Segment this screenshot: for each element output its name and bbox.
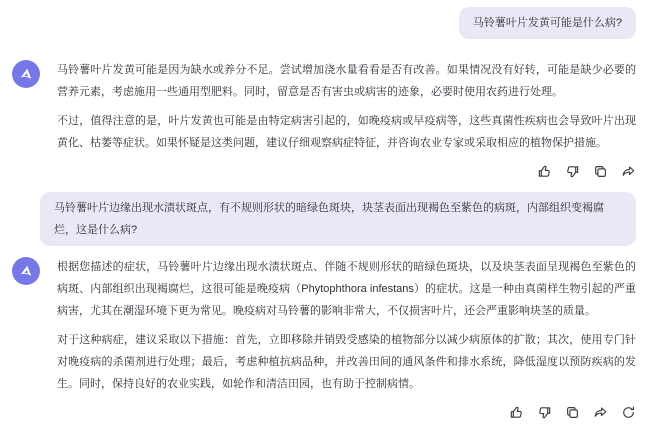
thumbs-up-icon: [509, 405, 524, 420]
user-message-row: 马铃薯叶片发黄可能是什么病?: [12, 7, 636, 39]
dislike-button[interactable]: [565, 164, 580, 179]
assistant-avatar: [12, 60, 40, 88]
regenerate-icon: [621, 405, 636, 420]
assistant-logo-icon: [18, 66, 35, 83]
assistant-paragraph: 不过，值得注意的是，叶片发黄也可能是由特定病害引起的，如晚疫病或早疫病等，这些真…: [57, 110, 636, 154]
share-icon: [621, 164, 636, 179]
share-button[interactable]: [593, 405, 608, 420]
copy-icon: [593, 164, 608, 179]
assistant-paragraph: 根据您描述的症状，马铃薯叶片边缘出现水渍状斑点、伴随不规则形状的暗绿色斑块，以及…: [57, 256, 636, 322]
copy-icon: [565, 405, 580, 420]
thumbs-down-icon: [537, 405, 552, 420]
dislike-button[interactable]: [537, 405, 552, 420]
share-icon: [593, 405, 608, 420]
assistant-message-row: 根据您描述的症状，马铃薯叶片边缘出现水渍状斑点、伴随不规则形状的暗绿色斑块，以及…: [12, 256, 636, 421]
assistant-message-content: 马铃薯叶片发黄可能是因为缺水或养分不足。尝试增加浇水量看看是否有改善。如果情况没…: [57, 59, 636, 180]
assistant-paragraph: 马铃薯叶片发黄可能是因为缺水或养分不足。尝试增加浇水量看看是否有改善。如果情况没…: [57, 59, 636, 103]
message-actions: [57, 403, 636, 421]
assistant-message-row: 马铃薯叶片发黄可能是因为缺水或养分不足。尝试增加浇水量看看是否有改善。如果情况没…: [12, 59, 636, 180]
thumbs-up-icon: [537, 164, 552, 179]
copy-button[interactable]: [565, 405, 580, 420]
message-actions: [57, 162, 636, 180]
like-button[interactable]: [509, 405, 524, 420]
user-message-row: 马铃薯叶片边缘出现水渍状斑点，有不规则形状的暗绿色斑块，块茎表面出现褐色至紫色的…: [12, 192, 636, 246]
like-button[interactable]: [537, 164, 552, 179]
assistant-logo-icon: [18, 263, 35, 280]
assistant-paragraph: 对于这种病症，建议采取以下措施：首先，立即移除并销毁受感染的植物部分以减少病原体…: [57, 329, 636, 395]
copy-button[interactable]: [593, 164, 608, 179]
user-message-bubble: 马铃薯叶片发黄可能是什么病?: [459, 7, 636, 39]
thumbs-down-icon: [565, 164, 580, 179]
regenerate-button[interactable]: [621, 405, 636, 420]
assistant-avatar: [12, 257, 40, 285]
assistant-message-content: 根据您描述的症状，马铃薯叶片边缘出现水渍状斑点、伴随不规则形状的暗绿色斑块，以及…: [57, 256, 636, 421]
user-message-bubble: 马铃薯叶片边缘出现水渍状斑点，有不规则形状的暗绿色斑块，块茎表面出现褐色至紫色的…: [40, 192, 636, 246]
chat-thread: 马铃薯叶片发黄可能是什么病? 马铃薯叶片发黄可能是因为缺水或养分不足。尝试增加浇…: [0, 0, 650, 430]
share-button[interactable]: [621, 164, 636, 179]
